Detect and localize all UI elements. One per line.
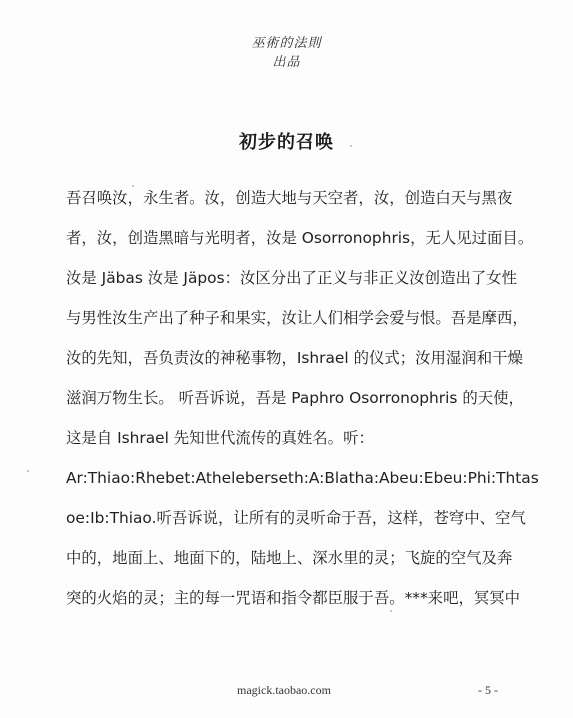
body-line: 这是自 Ishrael 先知世代流传的真姓名。听： — [66, 426, 506, 466]
body-line: oe:Ib:Thiao.听吾诉说，让所有的灵听命于吾，这样，苍穹中、空气 — [66, 506, 506, 546]
body-paragraph: 吾召唤汝，永生者。汝，创造大地与天空者，汝，创造白天与黑夜 者，汝，创造黑暗与光… — [66, 186, 506, 626]
scan-speck — [390, 610, 392, 612]
footer-website: magick.taobao.com — [237, 683, 331, 698]
scan-speck — [27, 470, 29, 472]
scan-speck — [350, 145, 352, 147]
document-page: 巫術的法則 出品 初步的召唤 吾召唤汝，永生者。汝，创造大地与天空者，汝，创造白… — [0, 0, 573, 718]
body-line: 汝是 Jäbas 汝是 Jäpos：汝区分出了正义与非正义汝创造出了女性 — [66, 266, 506, 306]
body-line: 滋润万物生长。 听吾诉说，吾是 Paphro Osorronophris 的天使… — [66, 386, 506, 426]
body-line: 突的火焰的灵；主的每一咒语和指令都臣服于吾。***来吧，冥冥中 — [66, 586, 506, 626]
body-line: 汝的先知，吾负责汝的神秘事物，Ishrael 的仪式；汝用湿润和干燥 — [66, 346, 506, 386]
scan-speck — [141, 470, 143, 472]
page-number: - 5 - — [478, 683, 498, 698]
body-line: 者，汝，创造黑暗与光明者，汝是 Osorronophris，无人见过面目。 — [66, 226, 506, 266]
body-line: Ar:Thiao:Rhebet:Atheleberseth:A:Blatha:A… — [66, 466, 506, 506]
chapter-title: 初步的召唤 — [0, 128, 573, 154]
body-line: 与男性汝生产出了种子和果实，汝让人们相学会爱与恨。吾是摩西， — [66, 306, 506, 346]
body-line: 吾召唤汝，永生者。汝，创造大地与天空者，汝，创造白天与黑夜 — [66, 186, 506, 226]
header-stamp-subtitle: 出品 — [0, 51, 573, 70]
scan-speck — [132, 185, 134, 187]
body-line: 中的，地面上、地面下的，陆地上、深水里的灵；飞旋的空气及奔 — [66, 546, 506, 586]
header-stamp-title: 巫術的法則 — [0, 32, 573, 51]
